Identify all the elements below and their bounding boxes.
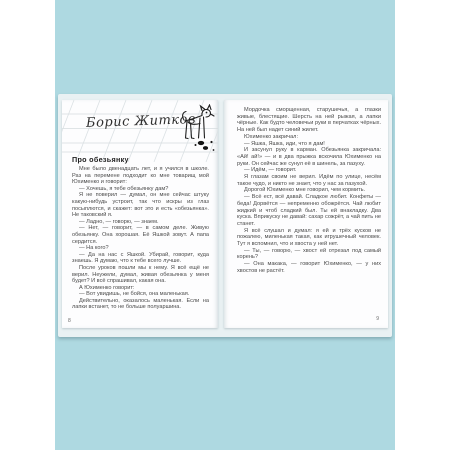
paragraph: — На кого? [72,245,209,252]
paragraph: Я всё слушал и думал: я ей и трёх кусков… [237,228,381,248]
paragraph: — Да на нас с Яшкой. Убирай, говорит, ку… [72,252,209,265]
story-title: Про обезьянку [72,155,129,164]
paragraph: Я не поверил — думал, он мне сейчас штук… [72,192,209,218]
paragraph: Я глазам своим не верил. Идём по улице, … [237,174,381,187]
left-page-number: 8 [68,318,71,324]
paragraph: Мордочка сморщенная, старушечья, а глазк… [237,107,381,134]
paragraph: — Яшка, Яшка, иди, что я дам! [237,141,381,148]
right-page: Мордочка сморщенная, старушечья, а глазк… [224,100,388,328]
left-page-text: Мне было двенадцать лет, и я учился в шк… [72,166,209,320]
paragraph: — Нет, — говорит, — в самом деле. Живую … [72,225,209,245]
dog-illustration [178,104,216,156]
right-page-number: 9 [376,316,379,322]
left-page: Борис Житков [62,100,218,328]
paragraph: — Идём, — говорит. [237,167,381,174]
book-photo: Борис Житков [0,0,450,450]
paragraph: — Ты, — говорю, — хвост ей отрезал под с… [237,248,381,261]
paragraph: — Ладно, — говорю, — знаем. [72,219,209,226]
paragraph: Мне было двенадцать лет, и я учился в шк… [72,166,209,186]
paragraph: — Она макака, — говорит Юхименко, — у ни… [237,261,381,274]
book-spread: Борис Житков [58,94,392,337]
paragraph: — Всё ест, всё давай. Сладкое любит. Кон… [237,194,381,228]
paragraph: Действительно, оказалось маленькая. Если… [72,298,209,311]
paragraph: После уроков пошли мы к нему. Я всё ещё … [72,265,209,285]
right-page-text: Мордочка сморщенная, старушечья, а глазк… [237,107,381,320]
paragraph: Юхименко закричал: [237,134,381,141]
paragraph: — Вот увидишь, не бойся, она маленькая. [72,291,209,298]
paragraph: И засунул руку в карман. Обезьянка закри… [237,147,381,167]
